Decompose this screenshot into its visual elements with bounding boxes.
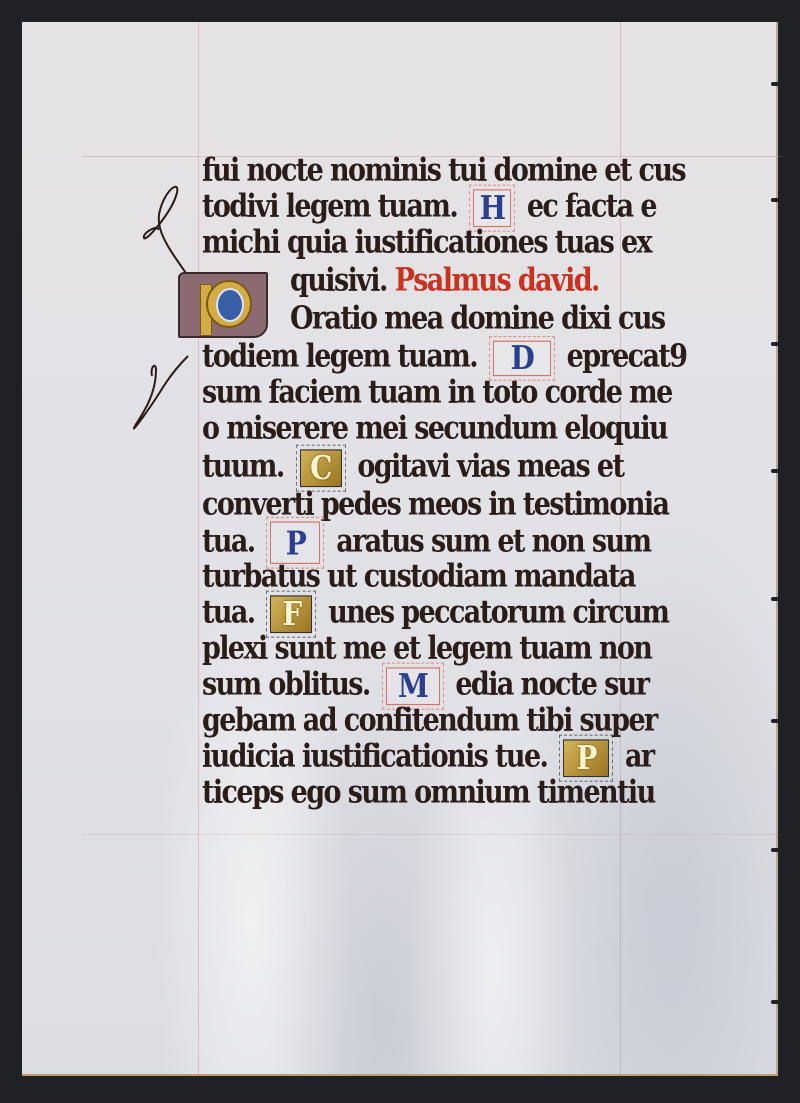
text-line: converti pedes meos in testimonia bbox=[202, 486, 668, 523]
text-line: plexi sunt me et legem tuam non bbox=[202, 630, 651, 667]
initial-bowl bbox=[206, 280, 252, 328]
text-line: todiem legem tuam. D eprecat9 bbox=[202, 338, 686, 375]
large-initial-p bbox=[178, 272, 268, 338]
decorated-initial: D bbox=[493, 340, 551, 375]
sewing-notch bbox=[771, 719, 779, 723]
decorated-initial: C bbox=[300, 449, 342, 487]
decorated-initial: P bbox=[563, 739, 609, 777]
decorated-initial: M bbox=[386, 667, 440, 705]
text-line: iudicia iustificationis tue. P ar bbox=[202, 738, 654, 776]
initial-bowl-inner bbox=[216, 288, 244, 322]
ruling-line-bottom bbox=[82, 834, 782, 835]
text-line: o miserere mei secundum eloquiu bbox=[202, 410, 667, 447]
sewing-notch bbox=[771, 848, 779, 852]
rubric-heading: Psalmus david. bbox=[395, 262, 599, 299]
sewing-notch bbox=[771, 342, 779, 346]
text-line: tua. F unes peccatorum circum bbox=[202, 594, 668, 632]
sewing-notch bbox=[771, 82, 779, 86]
sewing-notch bbox=[771, 198, 779, 202]
text-line: michi quia iustificationes tuas ex bbox=[202, 224, 651, 261]
text-line: sum oblitus. M edia nocte sur bbox=[202, 666, 648, 704]
text-line: Oratio mea domine dixi cus bbox=[290, 300, 665, 337]
text-line: tuum. C ogitavi vias meas et bbox=[202, 448, 623, 486]
sewing-notch bbox=[771, 597, 779, 601]
text-line: quisivi. Psalmus david. bbox=[290, 262, 599, 299]
decorated-initial: F bbox=[270, 595, 312, 633]
text-line: turbatus ut custodiam mandata bbox=[202, 558, 635, 595]
sewing-notch bbox=[771, 469, 779, 473]
text-line: todivi legem tuam. H ec facta e bbox=[202, 188, 656, 226]
text-line: fui nocte nominis tui domine et cus bbox=[202, 152, 685, 189]
text-line: sum faciem tuam in toto corde me bbox=[202, 374, 672, 411]
sewing-notch bbox=[771, 1000, 779, 1004]
text-line: ticeps ego sum omnium timentiu bbox=[202, 774, 655, 811]
text-line: gebam ad confitendum tibi super bbox=[202, 702, 657, 739]
decorated-initial: H bbox=[473, 189, 511, 227]
